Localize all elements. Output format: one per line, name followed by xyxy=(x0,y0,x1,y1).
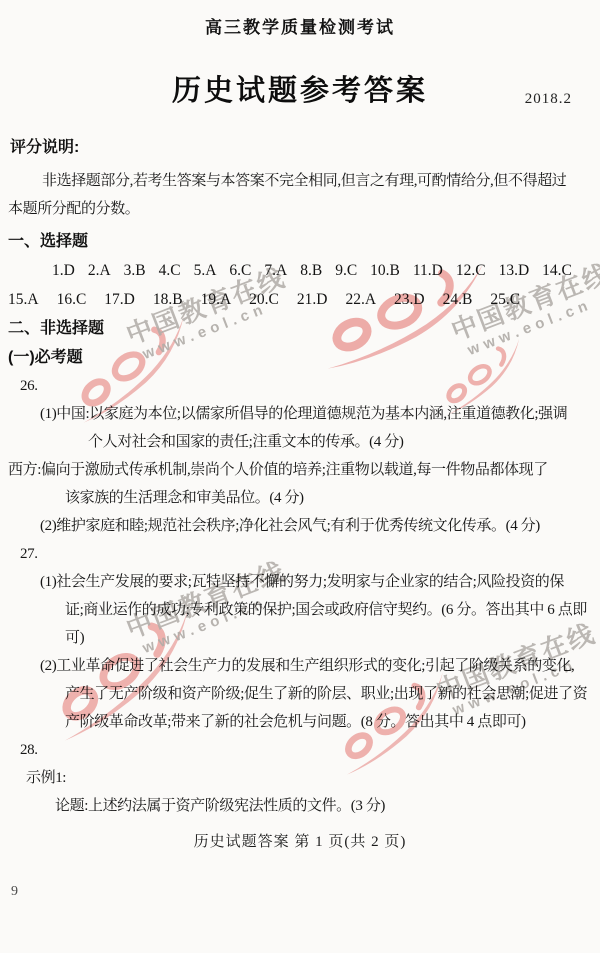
answer-item: 25.C xyxy=(490,291,520,308)
scoring-note-heading: 评分说明: xyxy=(0,134,600,162)
answer-item: 6.C xyxy=(229,262,251,279)
page-title: 历史试题参考答案 xyxy=(0,68,600,109)
corner-page-number: 9 xyxy=(11,884,18,900)
q27-line: 可) xyxy=(0,624,600,652)
q28-example-label: 示例1: xyxy=(0,764,600,792)
answer-item: 7.A xyxy=(264,262,287,279)
q28-thesis-line: 论题:上述约法属于资产阶级宪法性质的文件。(3 分) xyxy=(0,792,600,820)
title-row: 历史试题参考答案 2018.2 xyxy=(0,68,600,110)
answer-item: 18.B xyxy=(153,291,183,308)
answer-item: 23.D xyxy=(394,291,425,308)
answer-key-row: 15.A16.C17.D18.B19.A20.C21.D22.A23.D24.B… xyxy=(0,285,600,314)
q28-number: 28. xyxy=(0,736,600,764)
answer-item: 11.D xyxy=(413,262,443,279)
mcq-section-heading: 一、选择题 xyxy=(0,227,600,256)
document-content: 高三教学质量检测考试 历史试题参考答案 2018.2 评分说明: 非选择题部分,… xyxy=(0,13,600,856)
q26-line: (2)维护家庭和睦;规范社会秩序;净化社会风气;有利于优秀传统文化传承。(4 分… xyxy=(0,512,600,540)
document-page: 中国教育在线 www.eol.cn 中国教育在线 www.eol.cn 中国教育… xyxy=(0,0,600,953)
q27-number: 27. xyxy=(0,540,600,568)
q26-number: 26. xyxy=(0,372,600,400)
q27-line: (1)社会生产发展的要求;瓦特坚持不懈的努力;发明家与企业家的结合;风险投资的保 xyxy=(0,568,600,596)
q26-line: (1)中国:以家庭为本位;以儒家所倡导的伦理道德规范为基本内涵,注重道德教化;强… xyxy=(0,400,600,428)
answer-item: 5.A xyxy=(194,262,217,279)
scoring-note-line: 非选择题部分,若考生答案与本答案不完全相同,但言之有理,可酌情给分,但不得超过 xyxy=(0,167,600,195)
page-footer-label: 历史试题答案 第 1 页(共 2 页) xyxy=(0,828,600,856)
answer-item: 1.D xyxy=(52,262,75,279)
exam-date: 2018.2 xyxy=(525,91,572,108)
free-response-heading: 二、非选择题 xyxy=(0,314,600,343)
answer-item: 15.A xyxy=(8,291,39,308)
answer-item: 13.D xyxy=(499,262,530,279)
answer-item: 8.B xyxy=(300,262,322,279)
answer-item: 2.A xyxy=(88,262,111,279)
answer-item: 22.A xyxy=(345,291,376,308)
answer-item: 10.B xyxy=(370,262,400,279)
answer-item: 19.A xyxy=(201,291,232,308)
q27-line: 产生了无产阶级和资产阶级;促生了新的阶层、职业;出现了新的社会思潮;促进了资 xyxy=(0,680,600,708)
required-questions-subheading: (一)必考题 xyxy=(0,343,600,372)
q27-line: 产阶级革命改革;带来了新的社会危机与问题。(8 分。答出其中 4 点即可) xyxy=(0,708,600,736)
answer-item: 4.C xyxy=(159,262,181,279)
answer-item: 24.B xyxy=(443,291,473,308)
q26-line: 西方:偏向于激励式传承机制,崇尚个人价值的培养;注重物以载道,每一件物品都体现了 xyxy=(0,456,600,484)
answer-key-row: 1.D2.A3.B4.C5.A6.C7.A8.B9.C10.B11.D12.C1… xyxy=(0,256,600,285)
answer-item: 20.C xyxy=(249,291,279,308)
q27-line: 证;商业运作的成功;专利政策的保护;国会或政府信守契约。(6 分。答出其中 6 … xyxy=(0,596,600,624)
answer-item: 9.C xyxy=(335,262,357,279)
q26-line: 个人对社会和国家的责任;注重文本的传承。(4 分) xyxy=(0,428,600,456)
answer-item: 21.D xyxy=(297,291,328,308)
exam-title: 高三教学质量检测考试 xyxy=(0,13,600,38)
answer-item: 3.B xyxy=(124,262,146,279)
answer-item: 17.D xyxy=(104,291,135,308)
scoring-note-line: 本题所分配的分数。 xyxy=(0,195,600,223)
q27-line: (2)工业革命促进了社会生产力的发展和生产组织形式的变化;引起了阶级关系的变化, xyxy=(0,652,600,680)
answer-item: 12.C xyxy=(456,262,486,279)
answer-item: 14.C xyxy=(542,262,572,279)
q26-line: 该家族的生活理念和审美品位。(4 分) xyxy=(0,484,600,512)
answer-item: 16.C xyxy=(57,291,87,308)
